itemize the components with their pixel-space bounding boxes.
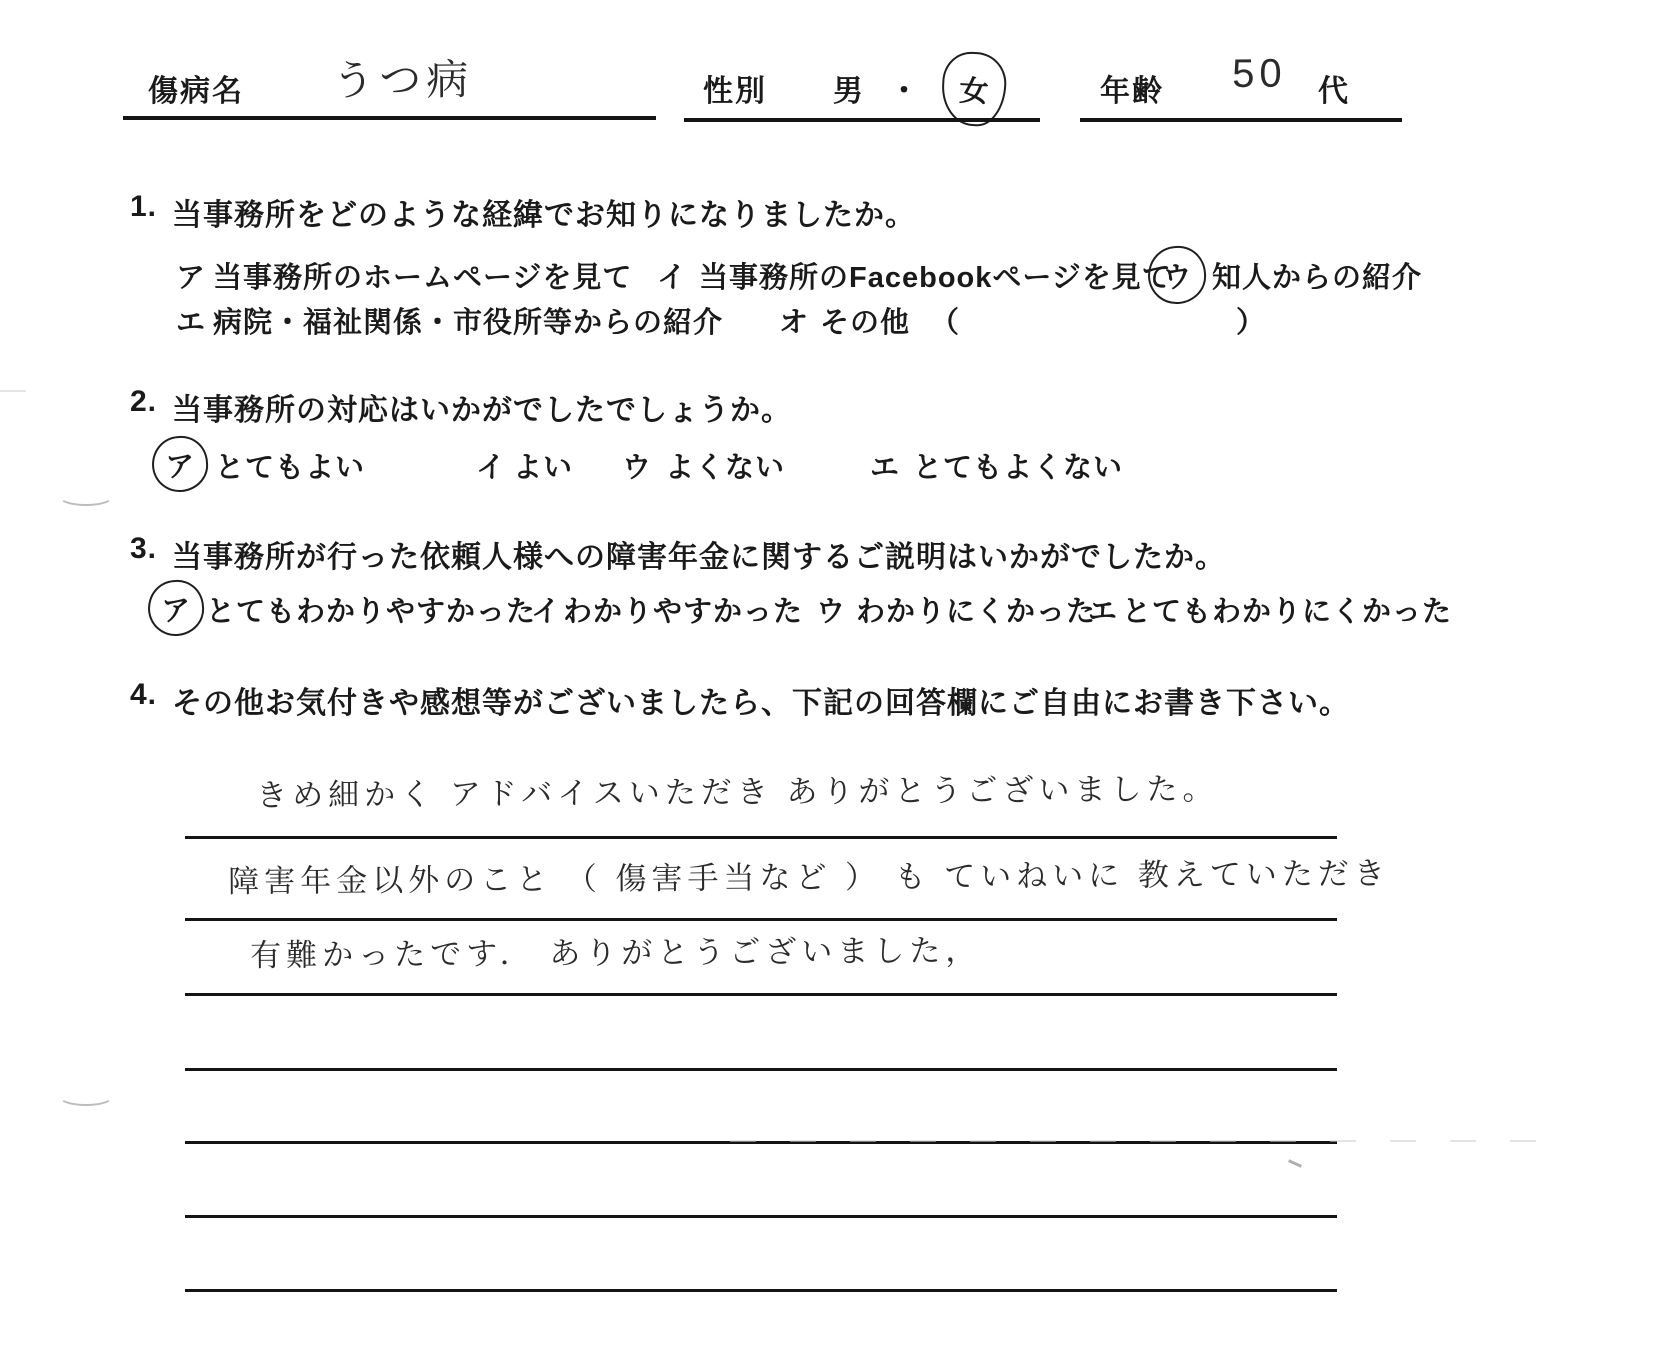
scan-artifact-edge-mark — [0, 390, 60, 392]
q3-option-a-label: とてもわかりやすかった — [206, 589, 536, 630]
age-value: 50 — [1232, 52, 1287, 97]
q4-number: 4. — [130, 678, 157, 712]
answer-rule-1 — [185, 836, 1337, 839]
q1-option-e-label: その他 — [820, 300, 910, 341]
gender-female-selection-circle: 女 — [940, 50, 1008, 127]
q2-option-d-label: とてもよくない — [913, 445, 1123, 486]
q1-text: 当事務所をどのような経緯でお知りになりましたか。 — [172, 190, 916, 234]
q2-option-b-label: よい — [513, 445, 573, 486]
q2-option-d-key: エ — [870, 445, 899, 486]
q1-number: 1. — [130, 190, 157, 224]
q2-number: 2. — [130, 385, 157, 419]
answer-rule-7 — [185, 1289, 1337, 1292]
age-unit: 代 — [1318, 66, 1350, 110]
answer-handwriting-line-1: きめ細かく アドバイスいただき ありがとうございました。 — [256, 763, 1219, 815]
disease-name-value: うつ病 — [332, 47, 473, 108]
q1-option-d-key: エ — [176, 300, 205, 341]
q2-option-a-key: ア — [164, 443, 196, 486]
scan-artifact-tick — [1288, 1159, 1302, 1167]
answer-handwriting-line-2: 障害年金以外のこと （ 傷害手当など ） も ていねいに 教えていただき — [228, 848, 1390, 901]
q1-option-a-label: 当事務所のホームページを見て — [213, 255, 632, 296]
q2-option-b-key: イ — [476, 445, 505, 486]
gender-option-male: 男 — [833, 66, 865, 110]
scanned-survey-form: 傷病名 うつ病 性別 男 ・ 女 年齢 50 代 1. 当事務所をどのような経緯… — [0, 0, 1653, 1357]
q3-option-d-key: エ — [1088, 589, 1117, 630]
q1-option-c-selection-circle: ウ — [1146, 244, 1208, 306]
answer-rule-3 — [185, 993, 1337, 996]
gender-separator: ・ — [889, 66, 921, 110]
q3-option-c-key: ウ — [816, 589, 845, 630]
answer-handwriting-line-3: 有難かったです． ありがとうございました， — [250, 925, 981, 975]
q4-text: その他お気付きや感想等がございましたら、下記の回答欄にご自由にお書き下さい。 — [172, 678, 1350, 722]
q1-option-b-key: イ — [657, 255, 686, 296]
q2-option-a-selection-circle: ア — [150, 434, 210, 494]
q3-text: 当事務所が行った依頼人様への障害年金に関するご説明はいかがでしたか。 — [172, 532, 1226, 576]
q3-option-a-key: ア — [160, 587, 192, 630]
gender-underline — [684, 118, 1040, 122]
q2-text: 当事務所の対応はいかがでしたでしょうか。 — [172, 385, 792, 429]
q1-option-e-key: オ — [779, 300, 808, 341]
q1-option-c-label: 知人からの紹介 — [1212, 255, 1422, 296]
q2-option-c-key: ウ — [622, 445, 651, 486]
q2-option-c-label: よくない — [665, 445, 785, 486]
q1-option-b-label: 当事務所のFacebookページを見て — [699, 255, 1172, 296]
answer-rule-4 — [185, 1068, 1337, 1071]
disease-underline — [123, 116, 656, 120]
scan-artifact-curve-2 — [58, 1086, 114, 1106]
q2-option-a-label: とてもよい — [215, 445, 365, 486]
q3-option-c-label: わかりにくかった — [856, 589, 1096, 630]
q1-option-d-label: 病院・福祉関係・市役所等からの紹介 — [213, 300, 723, 341]
q1-option-a-key: ア — [176, 255, 205, 296]
age-label: 年齢 — [1100, 66, 1164, 110]
q3-option-b-label: わかりやすかった — [563, 589, 803, 630]
q1-option-e-paren-close: ） — [1236, 300, 1266, 341]
gender-option-female: 女 — [958, 68, 989, 110]
answer-rule-5 — [185, 1141, 1337, 1144]
answer-rule-2 — [185, 918, 1337, 921]
age-underline — [1080, 118, 1402, 122]
q3-option-b-key: イ — [531, 589, 560, 630]
q3-number: 3. — [130, 532, 157, 566]
disease-name-label: 傷病名 — [148, 66, 244, 110]
q1-option-e-paren-open: （ — [930, 300, 960, 341]
gender-label: 性別 — [703, 66, 767, 110]
q1-option-c-key: ウ — [1161, 254, 1193, 297]
q3-option-a-selection-circle: ア — [146, 578, 206, 638]
q3-option-d-label: とてもわかりにくかった — [1122, 589, 1452, 630]
answer-rule-6 — [185, 1215, 1337, 1218]
scan-artifact-curve-1 — [58, 486, 114, 506]
